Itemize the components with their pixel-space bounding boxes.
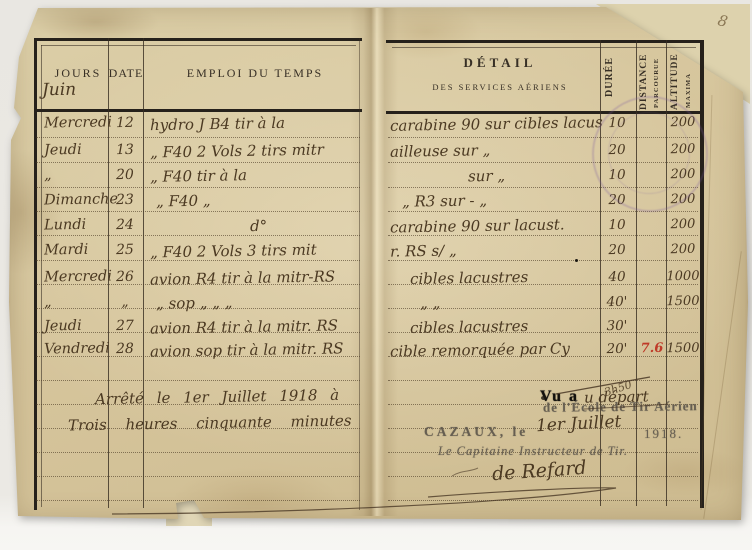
row-jour: Jeudi (44, 317, 108, 334)
row-emploi: avion R4 tir à la mitr. RS (150, 316, 338, 337)
row-date: 28 (106, 341, 144, 358)
row-jour: Vendredi (44, 340, 108, 357)
circular-ink-stamp-ring (608, 112, 690, 194)
row-date: 25 (106, 242, 144, 259)
row-jour: Jeudi (44, 141, 108, 158)
row-detail: ailleuse sur „ (390, 141, 491, 161)
row-emploi: hydro J B4 tir à la (150, 114, 285, 134)
dotted-row-line (388, 500, 698, 501)
cazaux-stamp: CAZAUX, le (424, 424, 528, 440)
column-header-altitude-sub: MAXIMA (685, 46, 692, 108)
row-jour: Mercredi (44, 268, 108, 285)
row-duree: 20 (596, 242, 638, 259)
inner-rule-top-left (41, 45, 356, 46)
column-header-jours: JOURS (52, 66, 104, 81)
row-date: 13 (106, 142, 144, 159)
row-date: 12 (106, 115, 144, 132)
row-date: 24 (106, 217, 144, 234)
row-alt: 200 (663, 242, 703, 258)
frame-top-left-page (34, 38, 362, 41)
column-header-date: DATE (107, 66, 145, 81)
row-jour: Dimanche (44, 191, 108, 208)
row-duree: 30' (596, 318, 638, 335)
capitaine-stamp: Le Capitaine Instructeur de Tir. (438, 444, 628, 459)
row-alt: 1500 (663, 341, 703, 357)
row-date: 27 (106, 318, 144, 335)
frame-top-right-page (386, 40, 704, 43)
table-row: Mercredi26avion R4 tir à la mitr‑RScible… (0, 269, 752, 293)
row-alt: 200 (663, 217, 703, 233)
row-emploi: avion sop tir à la mitr. RS (150, 339, 344, 360)
dotted-row-line (388, 380, 698, 381)
row-emploi: avion R4 tir à la mitr‑RS (150, 267, 335, 288)
row-emploi: „ sop „ „ „ (156, 293, 233, 312)
date-handwriting: 1er Juillet (536, 412, 622, 436)
row-jour: „ (44, 166, 108, 183)
column-header-emploi: EMPLOI DU TEMPS (150, 66, 360, 81)
row-alt: 1500 (663, 294, 703, 310)
row-jour: Mercredi (44, 114, 108, 131)
row-duree: 40' (596, 294, 638, 311)
row-date: 26 (106, 269, 144, 286)
year-stamp: 1918. (644, 426, 683, 442)
row-duree: 10 (596, 217, 638, 234)
row-alt (663, 318, 703, 319)
row-jour: „ (44, 293, 108, 310)
row-emploi: „ F40 2 Vols 2 tirs mitr (150, 140, 324, 161)
dotted-row-line (36, 476, 360, 477)
row-detail: carabine 90 sur lacust. (390, 215, 565, 236)
row-detail: r. RS s/ „ (390, 241, 457, 260)
month-label: Juin (42, 80, 77, 101)
row-detail: „ „ (420, 294, 441, 312)
table-row: Jeudi27avion R4 tir à la mitr. RScibles … (0, 318, 752, 342)
table-row: „„„ sop „ „ „„ „40'1500 (0, 294, 752, 318)
dotted-row-line (36, 452, 360, 453)
header-rule-left (34, 109, 362, 112)
table-row: Vendredi28avion sop tir à la mitr. RScib… (0, 341, 752, 365)
ink-speck (541, 396, 546, 400)
row-emploi: „ F40 tir à la (150, 166, 247, 186)
dotted-row-line (36, 380, 360, 381)
column-header-detail-sub: DES SERVICES AÉRIENS (400, 82, 600, 92)
column-header-detail: DÉTAIL (420, 55, 580, 71)
row-dist: 7.6 (638, 341, 666, 356)
row-date: 20 (106, 167, 144, 184)
row-detail: cible remorquée par Cy (390, 339, 570, 360)
row-detail: sur „ (468, 167, 505, 186)
arrete-line-2: Trois heures cinquante minutes (68, 412, 352, 435)
row-date: „ (106, 294, 144, 311)
circular-ink-stamp (592, 96, 708, 212)
row-detail: cibles lacustres (410, 268, 529, 288)
dotted-row-line (36, 500, 360, 501)
table-row: Lundi24d°carabine 90 sur lacust.10200 (0, 217, 752, 241)
page-number: 8 (716, 11, 730, 31)
table-row: Mardi25„ F40 2 Vols 3 tirs mitr. RS s/ „… (0, 242, 752, 266)
row-duree: 20' (596, 341, 638, 358)
signature: de Refard (491, 457, 587, 486)
page-content: JOURS DATE EMPLOI DU TEMPS DÉTAIL DES SE… (0, 0, 752, 550)
row-detail: cibles lacustres (410, 317, 529, 337)
row-jour: Mardi (44, 241, 108, 258)
row-date: 23 (106, 192, 144, 209)
row-detail: carabine 90 sur cibles lacus (390, 113, 603, 135)
row-emploi: d° (250, 217, 267, 235)
row-emploi: „ F40 „ (156, 192, 211, 211)
ink-speck (575, 259, 578, 262)
row-duree: 40 (596, 269, 638, 286)
row-alt: 1000 (663, 269, 703, 285)
scanned-document-photo: JOURS DATE EMPLOI DU TEMPS DÉTAIL DES SE… (0, 0, 752, 550)
row-jour: Lundi (44, 216, 108, 233)
row-emploi: „ F40 2 Vols 3 tirs mit (150, 241, 317, 262)
row-detail: „ R3 sur ‑ „ (402, 191, 487, 210)
